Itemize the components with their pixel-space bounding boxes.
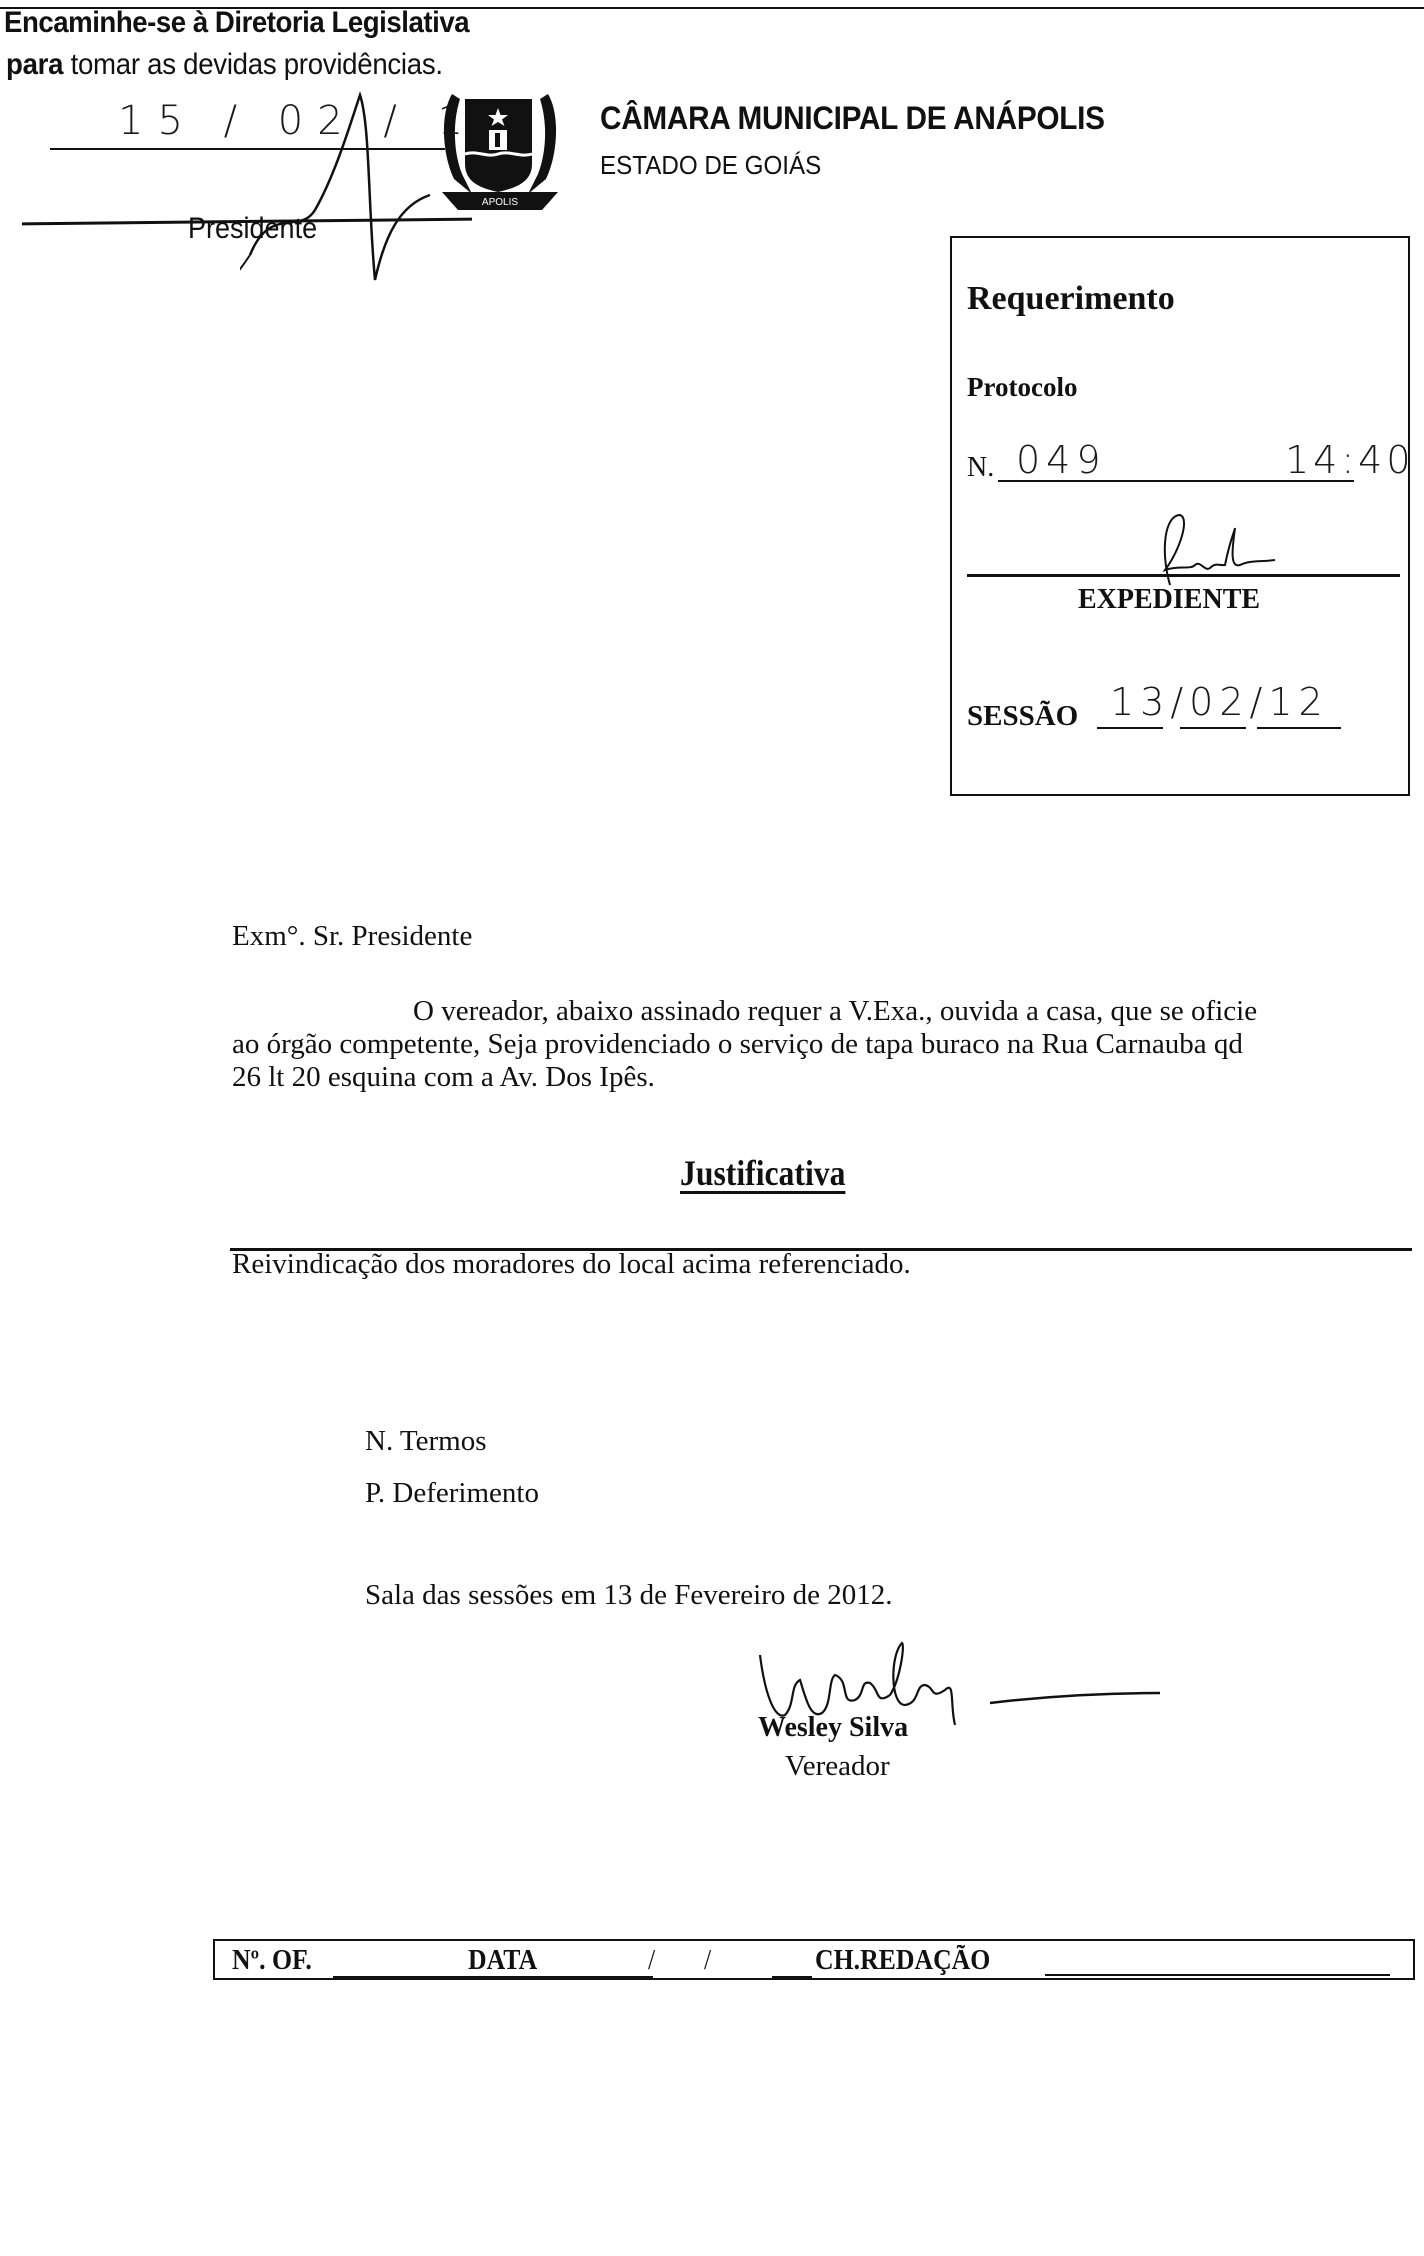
coat-of-arms-icon: APOLIS (432, 84, 568, 214)
svg-text:APOLIS: APOLIS (482, 197, 518, 208)
organization-name: CÂMARA MUNICIPAL DE ANÁPOLIS (600, 100, 1105, 137)
justification-title: Justificativa (680, 1152, 845, 1194)
session-year-line (1257, 727, 1341, 729)
office-date-label: DATA (468, 1945, 537, 1977)
session-date-value: 13/02/12 (1110, 680, 1329, 724)
signer-name: Wesley Silva (758, 1712, 908, 1744)
office-date-line (772, 1976, 812, 1978)
signer-role: Vereador (785, 1750, 890, 1783)
expediente-line (967, 574, 1400, 577)
dispatch-line2-rest: tomar as devidas providências. (63, 48, 443, 81)
protocol-time-value: 14:40 (1285, 438, 1415, 482)
office-number-label: Nº. OF. (232, 1945, 312, 1977)
closing-terms: N. Termos (365, 1425, 486, 1458)
president-label: Presidente (188, 212, 317, 246)
closing-deferment: P. Deferimento (365, 1477, 539, 1510)
justification-text: Reivindicação dos moradores do local aci… (232, 1248, 911, 1281)
dispatch-line2-bold: para (6, 48, 63, 81)
protocol-number-value: 049 (1016, 438, 1107, 482)
office-date-separator: / (704, 1945, 711, 1977)
protocol-number-label: N. (967, 452, 994, 484)
body-line: 26 lt 20 esquina com a Av. Dos Ipês. (232, 1061, 655, 1094)
dispatch-instruction-line2: para tomar as devidas providências. (6, 48, 443, 82)
session-month-line (1180, 727, 1246, 729)
salutation: Exm°. Sr. Presidente (232, 920, 472, 953)
place-and-date: Sala das sessões em 13 de Fevereiro de 2… (365, 1579, 893, 1612)
body-line: O vereador, abaixo assinado requer a V.E… (413, 995, 1257, 1028)
office-redaction-label: CH.REDAÇÃO (815, 1945, 990, 1977)
dispatch-instruction-line1: Encaminhe-se à Diretoria Legislativa (4, 6, 469, 40)
office-redaction-line (1045, 1974, 1390, 1976)
document-type-title: Requerimento (967, 280, 1175, 318)
body-line: ao órgão competente, Seja providenciado … (232, 1028, 1243, 1061)
clerk-initials-icon (1150, 510, 1280, 590)
protocol-label: Protocolo (967, 372, 1077, 403)
expediente-label: EXPEDIENTE (1078, 584, 1260, 616)
office-date-separator: / (648, 1945, 655, 1977)
session-day-line (1097, 727, 1163, 729)
session-label: SESSÃO (967, 700, 1078, 733)
organization-state: ESTADO DE GOIÁS (600, 150, 821, 181)
president-signature-icon (240, 85, 440, 285)
